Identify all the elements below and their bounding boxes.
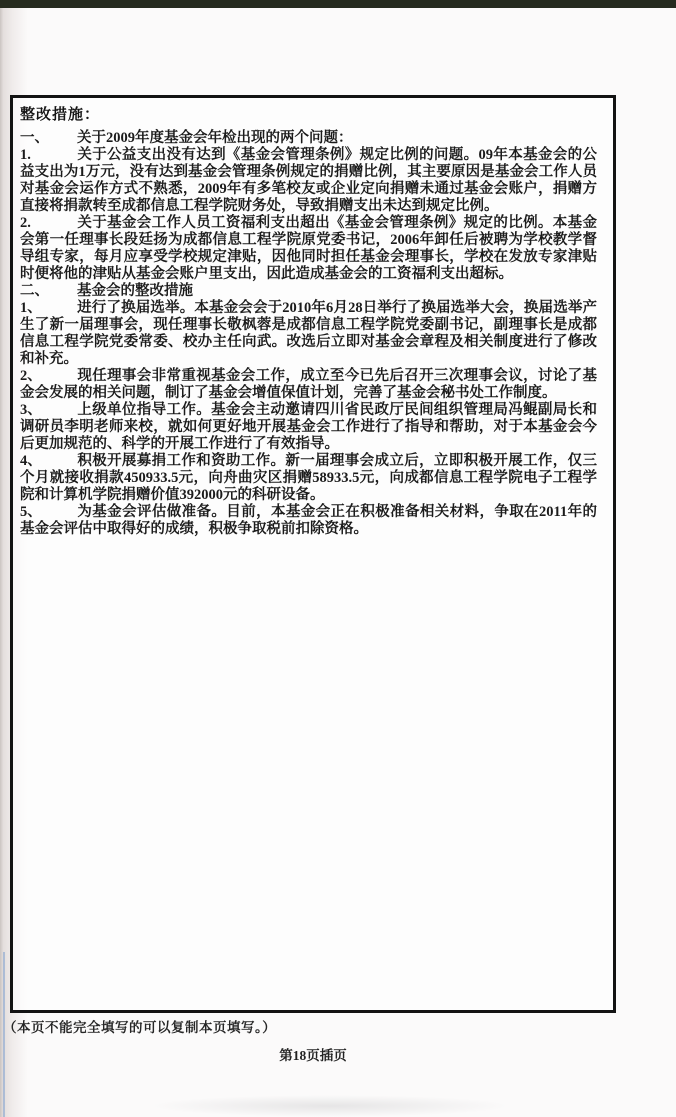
- paragraph-label: 1、: [20, 300, 77, 317]
- paragraph-text: 为基金会评估做准备。目前，本基金会正在积极准备相关材料，争取在2011年的基金会…: [20, 504, 597, 537]
- paragraph: 2、现任理事会非常重视基金会工作，成立至今已先后召开三次理事会议，讨论了基金会发…: [20, 368, 597, 402]
- rectification-form-box: 整改措施： 一、关于2009年度基金会年检出现的两个问题： 1.关于公益支出没有…: [10, 95, 616, 1013]
- paragraph-text: 现任理事会非常重视基金会工作，成立至今已先后召开三次理事会议，讨论了基金会发展的…: [20, 368, 597, 401]
- paragraph: 1.关于公益支出没有达到《基金会管理条例》规定比例的问题。09年本基金会的公益支…: [20, 147, 597, 215]
- paragraph: 4、积极开展募捐工作和资助工作。新一届理事会成立后，立即积极开展工作，仅三个月就…: [20, 453, 597, 504]
- paragraph-text: 关于2009年度基金会年检出现的两个问题：: [77, 130, 353, 146]
- paragraph-label: 1.: [20, 147, 77, 164]
- section-heading: 整改措施：: [13, 103, 613, 124]
- copy-page-footnote: （本页不能完全填写的可以复制本页填写。）: [3, 1016, 663, 1036]
- paragraph-text: 基金会的整改措施: [77, 283, 193, 299]
- paragraph-label: 4、: [20, 453, 77, 470]
- paragraph: 1、进行了换届选举。本基金会会于2010年6月28日举行了换届选举大会，换届选举…: [20, 300, 597, 368]
- scanner-edge-bar: [0, 0, 676, 8]
- paragraph: 3、上级单位指导工作。基金会主动邀请四川省民政厅民间组织管理局冯鲲副局长和调研员…: [20, 402, 597, 453]
- paragraph: 2.关于基金会工作人员工资福利支出超出《基金会管理条例》规定的比例。本基金会第一…: [20, 215, 597, 283]
- paragraph-text: 积极开展募捐工作和资助工作。新一届理事会成立后，立即积极开展工作，仅三个月就接收…: [20, 453, 597, 503]
- paragraph-text: 进行了换届选举。本基金会会于2010年6月28日举行了换届选举大会，换届选举产生…: [20, 300, 597, 367]
- paragraph-text: 关于基金会工作人员工资福利支出超出《基金会管理条例》规定的比例。本基金会第一任理…: [20, 215, 597, 282]
- paragraph-label: 一、: [20, 130, 77, 147]
- paragraph: 一、关于2009年度基金会年检出现的两个问题：: [20, 130, 597, 147]
- paragraph-text: 关于公益支出没有达到《基金会管理条例》规定比例的问题。09年本基金会的公益支出为…: [20, 147, 597, 214]
- scan-smudge: [150, 1095, 510, 1117]
- paragraph-label: 5、: [20, 504, 77, 521]
- paragraph-label: 2、: [20, 368, 77, 385]
- paragraph-list: 一、关于2009年度基金会年检出现的两个问题： 1.关于公益支出没有达到《基金会…: [13, 130, 613, 538]
- paragraph: 5、为基金会评估做准备。目前，本基金会正在积极准备相关材料，争取在2011年的基…: [20, 504, 597, 538]
- paragraph-label: 二、: [20, 283, 77, 300]
- paragraph-label: 2.: [20, 215, 77, 232]
- page-number: 第18页插页: [10, 1044, 616, 1064]
- paragraph-label: 3、: [20, 402, 77, 419]
- paragraph: 二、基金会的整改措施: [20, 283, 597, 300]
- paragraph-text: 上级单位指导工作。基金会主动邀请四川省民政厅民间组织管理局冯鲲副局长和调研员李明…: [20, 402, 597, 452]
